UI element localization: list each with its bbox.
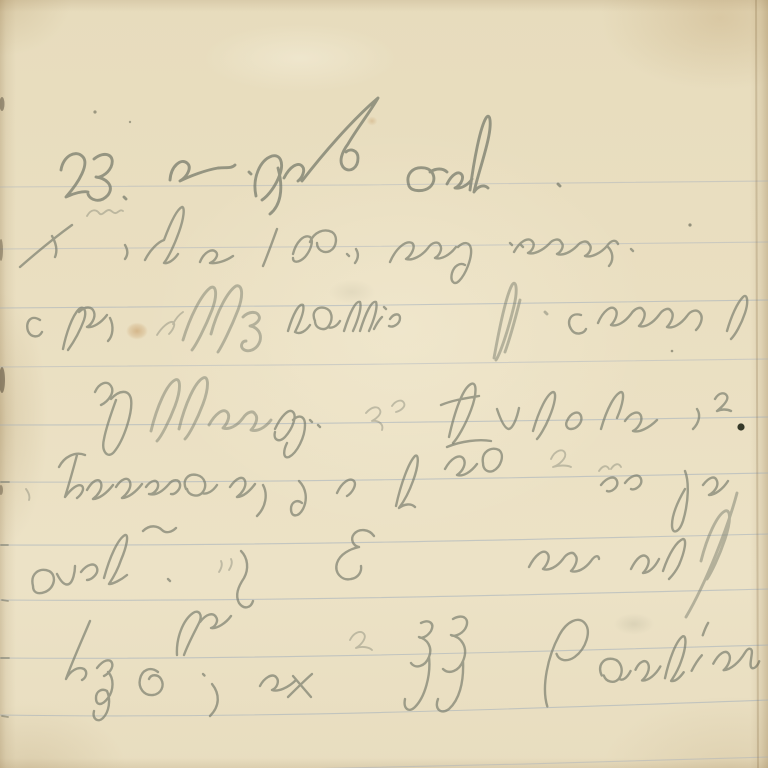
- small-two: [350, 632, 372, 650]
- notebook-page-scan: [0, 0, 768, 768]
- double-z-loops: [405, 617, 467, 712]
- tall-loop-and-slash: [686, 493, 737, 617]
- handwriting-row-4: [95, 378, 731, 458]
- handwriting-row-1: [61, 98, 560, 214]
- edge-smudge: [0, 239, 3, 261]
- tall-loops: [183, 286, 260, 352]
- word-tallis: [288, 302, 400, 333]
- numeral-23: [61, 154, 126, 201]
- shorthand-cluster: [390, 242, 471, 283]
- shorthand-cluster: [366, 401, 404, 430]
- paper-edge-line: [756, 0, 758, 768]
- ruled-line: [0, 589, 768, 600]
- shorthand-cluster: [255, 98, 378, 214]
- handwriting-row-5: [26, 440, 728, 531]
- edge-smudge: [0, 485, 3, 495]
- ruled-line: [0, 359, 768, 367]
- barred-o: [445, 440, 502, 475]
- curled-stroke: [177, 612, 231, 655]
- shorthand-cluster: [125, 207, 277, 266]
- descender-loops: [94, 660, 113, 720]
- tilde-marks: [87, 210, 123, 216]
- ruled-line: [0, 242, 768, 249]
- word-paulin-strokes: [541, 611, 761, 707]
- ruled-line: [0, 534, 768, 545]
- shorthand-cluster: [63, 308, 112, 351]
- word-teunsse: [59, 454, 266, 516]
- quote-ticks: [219, 559, 232, 572]
- shorthand-cluster: [20, 225, 72, 267]
- shorthand-cluster: [569, 314, 586, 333]
- shorthand-cluster: [157, 312, 183, 335]
- large-comma: [203, 674, 218, 716]
- six-loop: [140, 669, 163, 695]
- ruled-line: [0, 473, 768, 482]
- handwriting-row-6: [32, 493, 737, 617]
- wave-cluster: [529, 539, 685, 579]
- edge-smudge: [0, 97, 5, 111]
- comma: [26, 489, 29, 500]
- edge-smudge: [0, 367, 5, 393]
- dark-ink-dot: [737, 423, 744, 430]
- shorthand-cluster: [601, 471, 728, 531]
- speck: [129, 121, 131, 123]
- tall-loops: [151, 378, 271, 441]
- tall-crossed-stroke: [494, 283, 547, 360]
- speck: [671, 350, 674, 353]
- paper-specks: [0, 0, 758, 768]
- shorthand-cluster: [27, 318, 42, 336]
- angular-stroke: [66, 621, 90, 680]
- handwriting-row-3: [27, 283, 747, 360]
- ruled-line: [300, 757, 768, 768]
- speck: [93, 110, 96, 113]
- word-paulin: [541, 611, 761, 707]
- ruled-lines: [0, 181, 768, 768]
- cup-and-cross: [260, 674, 312, 697]
- shorthand-cluster: [291, 480, 355, 516]
- shorthand-cluster: [551, 450, 621, 471]
- open-loop: [336, 530, 374, 579]
- shorthand-cluster: [275, 411, 320, 457]
- shorthand-cluster: [170, 162, 251, 181]
- loop-descender: [95, 383, 131, 455]
- shorthand-cluster: [441, 384, 731, 443]
- ruled-line: [0, 181, 768, 187]
- page-artwork: [0, 0, 768, 768]
- ruled-line: [0, 700, 768, 716]
- shorthand-cluster: [408, 116, 560, 192]
- speck: [688, 223, 691, 226]
- ruled-line: [0, 645, 768, 658]
- tall-loop: [396, 456, 418, 508]
- word-ovel: [32, 526, 176, 593]
